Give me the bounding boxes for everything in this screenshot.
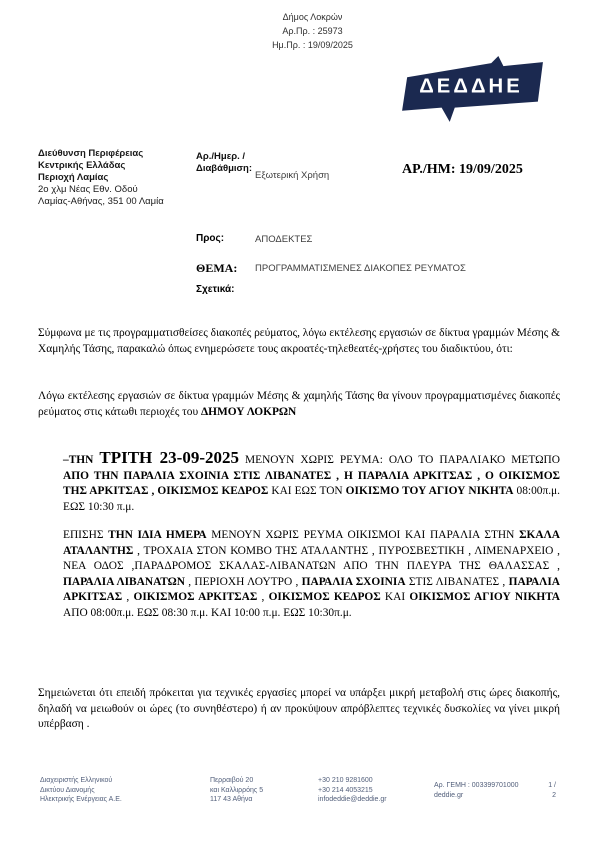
reference-date: ΑΡ./ΗΜ: 19/09/2025 xyxy=(402,162,572,178)
subject-value: ΠΡΟΓΡΑΜΜΑΤΙΣΜΕΝΕΣ ΔΙΑΚΟΠΕΣ ΡΕΥΜΑΤΟΣ xyxy=(255,263,466,274)
to-value: ΑΠΟΔΕΚΤΕΣ xyxy=(255,234,312,245)
deddie-logo-text: ΔΕΔΔΗΕ xyxy=(419,75,523,97)
municipality-name: Δήμος Λοκρών xyxy=(215,10,410,24)
footer-address-line: και Καλλιρρόης 5 xyxy=(210,786,310,796)
footer-email: infodeddie@deddie.gr xyxy=(318,795,428,805)
sender-directorate: Διεύθυνση Περιφέρειας xyxy=(38,148,198,160)
classification-label: Αρ./Ημερ. / Διαβάθμιση: xyxy=(196,151,258,174)
footer-company-line: Δικτύου Διανομής xyxy=(40,786,170,796)
subject-label: ΘΕΜΑ: xyxy=(196,261,237,276)
footer-company-line: Διαχειριστής Ελληνικού xyxy=(40,776,170,786)
intro-paragraph: Σύμφωνα με τις προγραμματισθείσες διακοπ… xyxy=(38,326,560,357)
outage-tuesday-paragraph: –ΤΗΝ ΤΡΙΤΗ 23-09-2025 ΜΕΝΟΥΝ ΧΩΡΙΣ ΡΕΥΜΑ… xyxy=(63,450,560,515)
footer-address: Περραιβού 20 και Καλλιρρόης 5 117 43 Αθή… xyxy=(210,776,310,805)
page-number-total: 2 xyxy=(536,791,556,801)
footer-website: deddie.gr xyxy=(434,791,534,801)
footer-address-line: 117 43 Αθήνα xyxy=(210,795,310,805)
protocol-number: Αρ.Πρ. : 25973 xyxy=(215,24,410,38)
classification-value: Εξωτερική Χρήση xyxy=(255,170,405,181)
related-label: Σχετικά: xyxy=(196,284,234,295)
footer-gemi-number: Αρ. ΓΕΜΗ : 003399701000 xyxy=(434,781,534,791)
to-label: Προς: xyxy=(196,233,224,244)
footer-company: Διαχειριστής Ελληνικού Δικτύου Διανομής … xyxy=(40,776,170,805)
sender-city: Λαμίας-Αθήνας, 351 00 Λαμία xyxy=(38,196,198,208)
sender-area: Περιοχή Λαμίας xyxy=(38,172,198,184)
document-page: Δήμος Λοκρών Αρ.Πρ. : 25973 Ημ.Πρ. : 19/… xyxy=(0,0,595,841)
protocol-header: Δήμος Λοκρών Αρ.Πρ. : 25973 Ημ.Πρ. : 19/… xyxy=(215,10,410,52)
footer-registry: Αρ. ΓΕΜΗ : 003399701000 deddie.gr xyxy=(434,781,534,800)
sender-address-block: Διεύθυνση Περιφέρειας Κεντρικής Ελλάδας … xyxy=(38,148,198,208)
footer-address-line: Περραιβού 20 xyxy=(210,776,310,786)
footer-phone: +30 210 9281600 xyxy=(318,776,428,786)
outage-sameday-paragraph: ΕΠΙΣΗΣ ΤΗΝ ΙΔΙΑ ΗΜΕΡΑ ΜΕΝΟΥΝ ΧΩΡΙΣ ΡΕΥΜΑ… xyxy=(63,528,560,622)
page-number: 1 / 2 xyxy=(536,781,556,800)
deddie-logo-icon: ΔΕΔΔΗΕ xyxy=(396,56,548,132)
footer-company-line: Ηλεκτρικής Ενέργειας Α.Ε. xyxy=(40,795,170,805)
disclaimer-paragraph: Σημειώνεται ότι επειδή πρόκειται για τεχ… xyxy=(38,686,560,733)
protocol-date: Ημ.Πρ. : 19/09/2025 xyxy=(215,38,410,52)
announcement-paragraph: Λόγω εκτέλεσης εργασιών σε δίκτυα γραμμώ… xyxy=(38,389,560,420)
deddie-logo: ΔΕΔΔΗΕ xyxy=(396,56,548,132)
footer-contact: +30 210 9281600 +30 214 4053215 infodedd… xyxy=(318,776,428,805)
footer-phone: +30 214 4053215 xyxy=(318,786,428,796)
sender-region: Κεντρικής Ελλάδας xyxy=(38,160,198,172)
page-number-current: 1 / xyxy=(536,781,556,791)
sender-street: 2ο χλμ Νέας Εθν. Οδού xyxy=(38,184,198,196)
